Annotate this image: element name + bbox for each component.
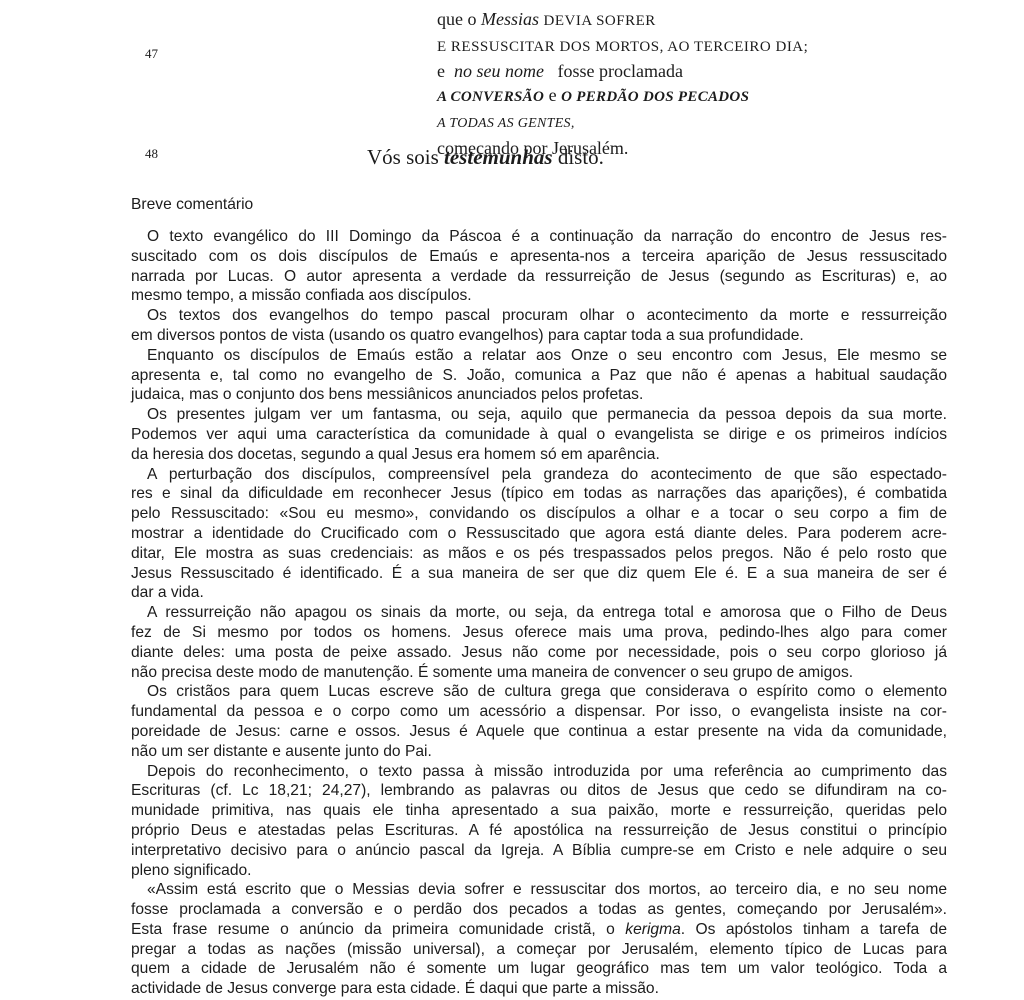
text-line: fosse proclamada a conversão e o perdão …	[131, 900, 947, 920]
text-line: da heresia dos docetas, segundo a qual J…	[131, 445, 947, 465]
text-line: pelo Ressuscitado: «Sou eu mesmo», convi…	[131, 504, 947, 524]
text-segment: Messias	[481, 9, 539, 29]
commentary-paragraph: Os cristãos para quem Lucas escreve são …	[131, 682, 947, 761]
commentary-paragraph: Enquanto os discípulos de Emaús estão a …	[131, 346, 947, 405]
text-line: Escrituras (cf. Lc 18,21; 24,27), lembra…	[131, 781, 947, 801]
text-line: A perturbação dos discípulos, compreensí…	[131, 465, 947, 485]
text-segment: testemunhas	[444, 145, 553, 169]
text-line: munidade primitiva, nas quais ele tinha …	[131, 801, 947, 821]
text-line: não um ser distante e ausente junto do P…	[131, 742, 947, 762]
text-segment: fosse proclamada	[553, 61, 683, 81]
verse-line: que o Messias DEVIA SOFRER	[437, 7, 808, 33]
text-segment: Vós sois	[367, 145, 444, 169]
commentary-paragraph: A perturbação dos discípulos, compreensí…	[131, 465, 947, 604]
commentary-body: O texto evangélico do III Domingo da Pás…	[131, 227, 947, 999]
text-segment: que o	[437, 9, 481, 29]
text-segment: O PERDÃO DOS PECADOS	[561, 89, 749, 105]
text-line: dar a vida.	[131, 583, 947, 603]
commentary-paragraph: Os textos dos evangelhos do tempo pascal…	[131, 306, 947, 346]
verse-lines: que o Messias DEVIA SOFRERE RESSUSCITAR …	[437, 7, 808, 160]
text-line: Os textos dos evangelhos do tempo pascal…	[131, 306, 947, 326]
text-line: quem a cidade de Jerusalém não é somente…	[131, 959, 947, 979]
text-line: Os cristãos para quem Lucas escreve são …	[131, 682, 947, 702]
verse-line: A TODAS AS GENTES,	[437, 109, 808, 136]
text-segment: Esta frase resume o anúncio da primeira …	[131, 921, 625, 938]
commentary-paragraph: Depois do reconhecimento, o texto passa …	[131, 762, 947, 881]
text-line: judaica, mas o conjunto dos bens messiân…	[131, 385, 947, 405]
commentary-heading: Breve comentário	[131, 195, 947, 215]
verse-number-47: 47	[145, 46, 158, 62]
text-segment: A TODAS AS GENTES,	[437, 116, 575, 131]
verse-line: A CONVERSÃO e O PERDÃO DOS PECADOS	[437, 83, 808, 109]
text-segment: disto.	[553, 145, 604, 169]
text-line: pleno significado.	[131, 861, 947, 881]
text-line: Os presentes julgam ver um fantasma, ou …	[131, 405, 947, 425]
verse-number-48: 48	[145, 146, 158, 162]
text-segment: . Os apóstolos tinham a tarefa de	[681, 921, 947, 938]
text-line: diante deles: uma posta de peixe assado.…	[131, 643, 947, 663]
text-line: suscitado com os dois discípulos de Emaú…	[131, 247, 947, 267]
text-line: pregar a todas as nações (missão univers…	[131, 940, 947, 960]
text-line: interpretativo decisivo para o anúncio p…	[131, 841, 947, 861]
text-line: apresenta e, tal como no evangelho de S.…	[131, 366, 947, 386]
text-line: A ressurreição não apagou os sinais da m…	[131, 603, 947, 623]
text-segment: kerigma	[625, 921, 680, 938]
text-line: O texto evangélico do III Domingo da Pás…	[131, 227, 947, 247]
text-line: poreidade de Jesus: carne e ossos. Jesus…	[131, 722, 947, 742]
commentary-paragraph: Os presentes julgam ver um fantasma, ou …	[131, 405, 947, 464]
text-line: res e sinal da dificuldade em reconhecer…	[131, 484, 947, 504]
commentary-paragraph: O texto evangélico do III Domingo da Pás…	[131, 227, 947, 306]
commentary-paragraph: «Assim está escrito que o Messias devia …	[131, 880, 947, 999]
text-line: não precisa deste modo de manutenção. É …	[131, 663, 947, 683]
commentary-paragraph: A ressurreição não apagou os sinais da m…	[131, 603, 947, 682]
verse-line: E RESSUSCITAR DOS MORTOS, AO TERCEIRO DI…	[437, 33, 808, 59]
text-segment: no seu nome	[454, 61, 544, 81]
text-line: «Assim está escrito que o Messias devia …	[131, 880, 947, 900]
document-page: 47 48 que o Messias DEVIA SOFRERE RESSUS…	[0, 0, 1024, 1000]
text-line: Esta frase resume o anúncio da primeira …	[131, 920, 947, 940]
text-line: Enquanto os discípulos de Emaús estão a …	[131, 346, 947, 366]
text-line: mostrar a identidade do Crucificado com …	[131, 524, 947, 544]
text-line: ditar, Ele mostra as suas credenciais: a…	[131, 544, 947, 564]
verse-line: eno seu nome fosse proclamada	[437, 59, 808, 83]
text-segment: E RESSUSCITAR DOS MORTOS, AO TERCEIRO DI…	[437, 39, 808, 55]
text-line: fundamental da pessoa e o corpo como um …	[131, 702, 947, 722]
text-line: narrada por Lucas. O autor apresenta a v…	[131, 267, 947, 287]
text-segment: DEVIA SOFRER	[544, 13, 656, 29]
text-line: Podemos ver aqui uma característica da c…	[131, 425, 947, 445]
text-line: em diversos pontos de vista (usando os q…	[131, 326, 947, 346]
text-segment: e	[437, 61, 445, 81]
text-line: próprio Deus e atestadas pelas Escritura…	[131, 821, 947, 841]
text-line: fez de Si mesmo por todos os homens. Jes…	[131, 623, 947, 643]
verse-final-line: Vós sois testemunhas disto.	[367, 145, 604, 170]
text-segment: A CONVERSÃO	[437, 89, 544, 105]
text-line: actividade de Jesus converge para esta c…	[131, 979, 947, 999]
text-line: Depois do reconhecimento, o texto passa …	[131, 762, 947, 782]
text-line: mesmo tempo, a missão confiada aos discí…	[131, 286, 947, 306]
text-line: Jesus Ressuscitado é identificado. É a s…	[131, 564, 947, 584]
commentary-section: Breve comentário O texto evangélico do I…	[131, 195, 947, 999]
text-segment: e	[544, 85, 561, 105]
